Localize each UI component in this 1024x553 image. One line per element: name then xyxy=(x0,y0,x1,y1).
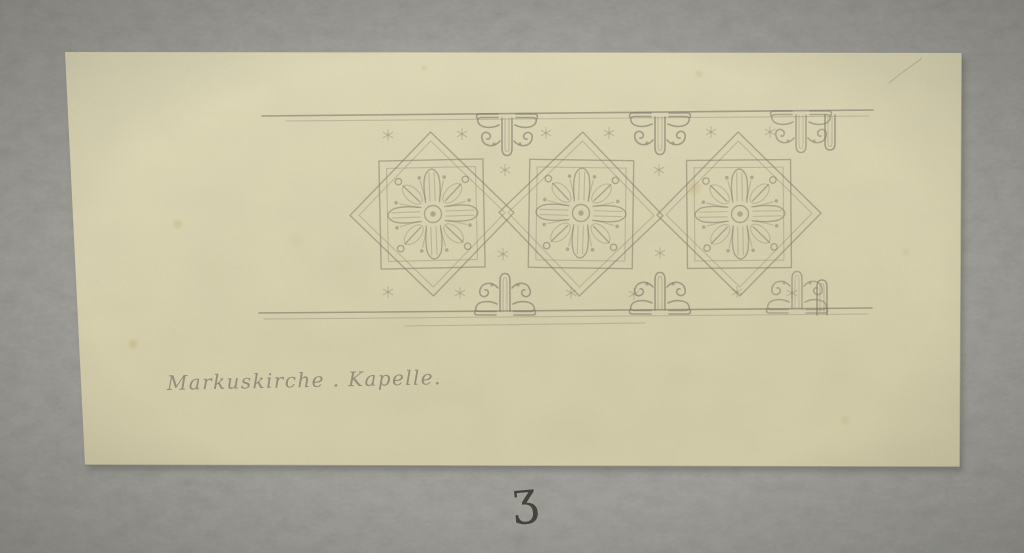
scan-canvas: Markuskirche . Kapelle. ʒ xyxy=(0,0,1024,553)
scan-vignette xyxy=(0,0,1024,553)
scanned-ornament-drawing: Markuskirche . Kapelle. ʒ xyxy=(0,0,1024,553)
